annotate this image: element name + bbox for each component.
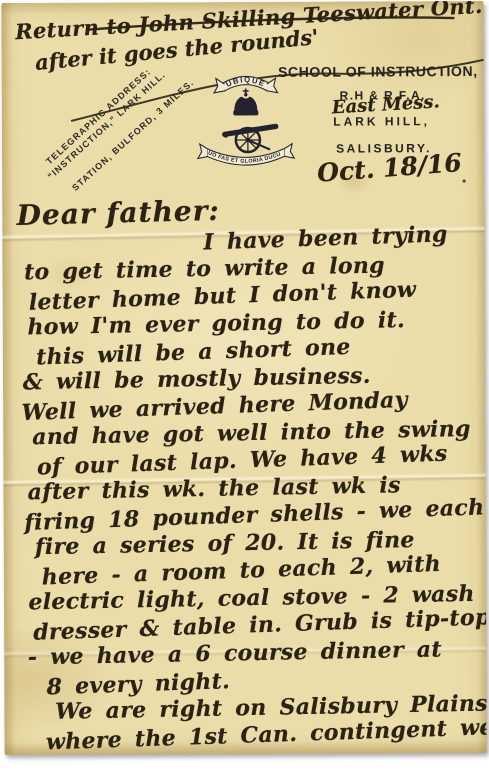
scanned-letter-image: Return to John Skilling Teeswater Ont. a…: [0, 0, 489, 772]
crown-icon: [233, 88, 258, 115]
svg-text:UBIQUE: UBIQUE: [224, 75, 267, 89]
letter-paper: Return to John Skilling Teeswater Ont. a…: [1, 1, 486, 755]
crest-motto-top: UBIQUE: [224, 75, 267, 89]
letterhead-school-title: SCHOOL OF INSTRUCTION,: [278, 63, 478, 80]
letter-body: Dear father: I have been trying to get t…: [16, 187, 486, 755]
cannon-icon: [223, 126, 276, 152]
letterhead-location-larkhill: LARK HILL,: [333, 114, 430, 128]
